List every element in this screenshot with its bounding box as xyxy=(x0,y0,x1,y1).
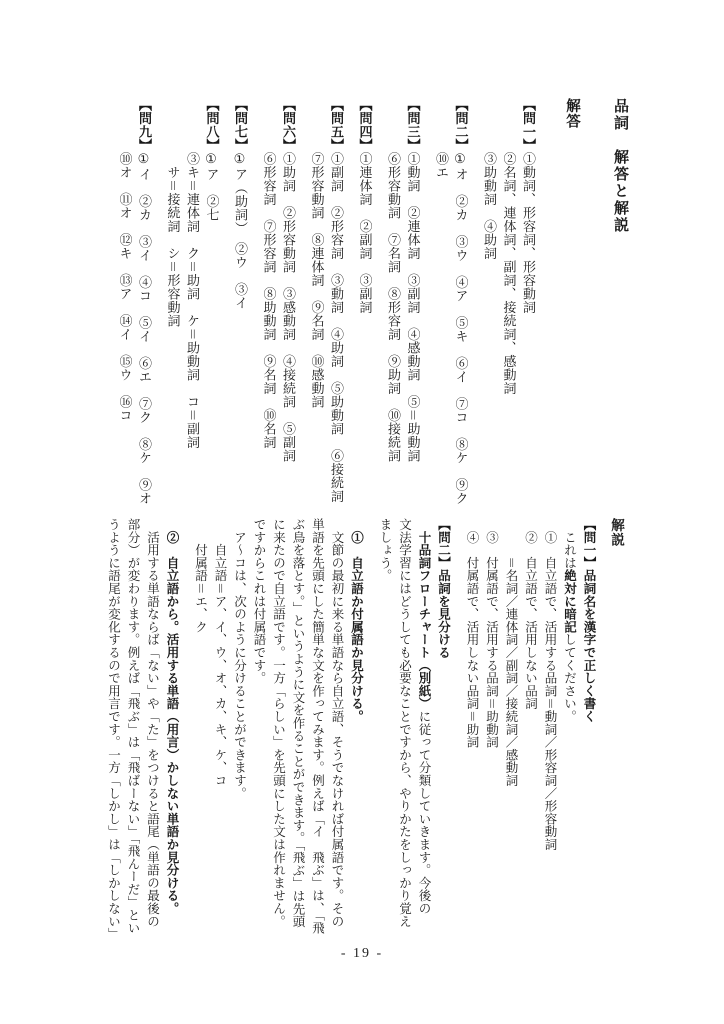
text-column: 活用する単語ならば「ない」や「た」をつけると語尾（単語の最後の xyxy=(142,518,162,942)
text-segment: ましょう。 xyxy=(378,518,392,582)
text-column: ② 自立語から。活用する単語（用言）かしない単語か見分ける。 xyxy=(162,518,182,942)
text-column: ① 自立語で、活用する品詞＝動詞／形容詞／形容動詞 xyxy=(540,518,560,942)
text-column: 文法学習にはどうしても必要なことですから、やりかたをしっかり覚え xyxy=(394,518,414,942)
text-segment: してください。 xyxy=(563,633,577,723)
text-segment: 文節の最初に来る単語なら自立語、そうでなければ付属語です。その xyxy=(330,518,344,928)
text-segment: に従って分類していきます。今後の xyxy=(417,710,431,915)
text-column: 【問八】①ア ②七 xyxy=(202,98,222,510)
text-column: 【問一】①動詞、形容詞、形容動詞 xyxy=(519,98,539,510)
text-segment: 品詞を見分ける xyxy=(437,569,451,659)
text-segment: 【問八】 xyxy=(205,98,220,152)
text-column: ③ 付属語で、活用する品詞＝助動詞 xyxy=(481,518,501,942)
text-segment: ⑥形容動詞 ⑦名詞 ⑧形容詞 ⑨助詞 ⑩接続詞 xyxy=(386,98,401,463)
text-segment: ①動詞、形容詞、形容動詞 xyxy=(521,152,536,314)
text-segment: 単語を先頭にした簡単な文を作ってみます。例えば「イ 飛ぶ」は、「飛 xyxy=(311,518,325,934)
text-column: 【問一】品詞名を漢字で正しく書く xyxy=(579,518,599,942)
text-segment: 絶対に暗記 xyxy=(563,569,577,633)
text-column: ① 自立語か付属語か見分ける。 xyxy=(346,518,366,942)
text-segment: 部分）が変わります。例えば「飛ぶ」は「飛ばーない」「飛んーだ」とい xyxy=(126,518,140,934)
text-segment: ①動詞 ②連体詞 ③副詞 ④感動詞 ⑤＝助動詞 xyxy=(406,152,421,463)
text-column: ②名詞、連体詞、副詞、接続詞、感動詞 xyxy=(499,98,519,510)
text-segment: ③キ＝連体詞 ク＝助詞 ケ＝助動詞 コ＝副詞 xyxy=(185,98,200,449)
text-column: 【問七】①ア（助詞） ②ウ ③イ xyxy=(231,98,251,510)
text-column: 十品詞フローチャート（別紙）に従って分類していきます。今後の xyxy=(414,518,434,942)
answer-problem-block: 【問九】①イ ②カ ③イ ④コ ⑤イ ⑥エ ⑦ク ⑧ケ ⑨オ ⑩オ ⑪オ ⑫キ … xyxy=(115,98,154,510)
text-segment: これは xyxy=(563,518,577,569)
text-column: 付属語＝エ、ク xyxy=(190,518,210,942)
text-segment: 付属語＝エ、ク xyxy=(194,518,208,633)
text-column: 【問六】①助詞 ②形容動詞 ③感動詞 ④接続詞 ⑤副詞 xyxy=(279,98,299,510)
text-segment: ③助動詞 ④助詞 xyxy=(482,98,497,260)
text-column: 【問四】①連体詞 ②副詞 ③副詞 xyxy=(355,98,375,510)
text-segment: 十品詞フローチャート（別紙） xyxy=(417,531,431,710)
text-column: これは絶対に暗記してください。 xyxy=(559,518,579,942)
text-column: 【問二】①オ ②カ ③ウ ④ア ⑤キ ⑥イ ⑦コ ⑧ケ ⑨ク xyxy=(451,98,471,510)
text-segment: 【問一】 xyxy=(582,518,596,569)
text-column: うように語尾が変化するので用言です。一方「しかし」は「しかしない」 xyxy=(103,518,123,942)
text-segment: 【問七】 xyxy=(233,98,248,152)
text-column: 単語を先頭にした簡単な文を作ってみます。例えば「イ 飛ぶ」は、「飛 xyxy=(307,518,327,942)
text-column: ③助動詞 ④助詞 xyxy=(480,98,500,510)
text-column: ⑥形容詞 ⑦形容詞 ⑧助動詞 ⑨名詞 ⑩名詞 xyxy=(259,98,279,510)
answer-problem-block: 【問四】①連体詞 ②副詞 ③副詞 xyxy=(355,98,375,510)
answers-section: 品詞 解答と解説 解答 【問一】①動詞、形容詞、形容動詞 ②名詞、連体詞、副詞、… xyxy=(106,98,632,510)
text-segment: サ＝接続詞 シ＝形容動詞 xyxy=(166,98,181,328)
text-segment: うように語尾が変化するので用言です。一方「しかし」は「しかしない」 xyxy=(107,518,121,940)
text-segment: に来たので自立語です。一方「らしい」を先頭にした文は作れません。 xyxy=(272,518,286,928)
answer-problem-block: 【問三】①動詞 ②連体詞 ③副詞 ④感動詞 ⑤＝助動詞 ⑥形容動詞 ⑦名詞 ⑧形… xyxy=(384,98,423,510)
answers-heading: 解答 xyxy=(562,98,582,510)
text-segment: ⑩オ ⑪オ ⑫キ ⑬ア ⑭イ ⑮ウ ⑯コ xyxy=(118,98,133,422)
text-column: ⑦形容動詞 ⑧連体詞 ⑨名詞 ⑩感動詞 xyxy=(307,98,327,510)
text-column: ア～コは、次のように分けることができます。 xyxy=(229,518,249,942)
answers-problem-list: 【問一】①動詞、形容詞、形容動詞 ②名詞、連体詞、副詞、接続詞、感動詞 ③助動詞… xyxy=(115,98,538,510)
text-segment: ①イ ②カ ③イ ④コ ⑤イ ⑥エ ⑦ク ⑧ケ ⑨オ xyxy=(137,152,152,505)
text-segment: ② 自立語で、活用しない品詞 xyxy=(524,518,538,710)
text-column: ③キ＝連体詞 ク＝助詞 ケ＝助動詞 コ＝副詞 xyxy=(183,98,203,510)
text-column: ですからこれは付属語です。 xyxy=(249,518,269,942)
text-segment: ぶ鳥を落とす。」というように文を作ることができます。「飛ぶ」は先頭 xyxy=(291,518,305,928)
text-column: ④ 付属語で、活用しない品詞＝助詞 xyxy=(462,518,482,942)
text-segment: ⑩エ xyxy=(434,98,449,179)
text-column: 部分）が変わります。例えば「飛ぶ」は「飛ばーない」「飛んーだ」とい xyxy=(123,518,143,942)
text-segment: 【問九】 xyxy=(137,98,152,152)
text-segment: 自立語＝ア、イ、ウ、オ、カ、キ、ケ、コ xyxy=(213,518,227,787)
text-segment: ①助詞 ②形容動詞 ③感動詞 ④接続詞 ⑤副詞 xyxy=(281,152,296,463)
text-segment: 【問五】 xyxy=(329,98,344,152)
text-column: サ＝接続詞 シ＝形容動詞 xyxy=(163,98,183,510)
text-segment xyxy=(165,518,179,531)
text-segment: 【問一】 xyxy=(521,98,536,152)
commentary-heading: 解説 xyxy=(606,518,626,942)
answer-problem-block: 【問六】①助詞 ②形容動詞 ③感動詞 ④接続詞 ⑤副詞 ⑥形容詞 ⑦形容詞 ⑧助… xyxy=(259,98,298,510)
text-segment: ①ア（助詞） ②ウ ③イ xyxy=(233,152,248,310)
text-column: ぶ鳥を落とす。」というように文を作ることができます。「飛ぶ」は先頭 xyxy=(288,518,308,942)
text-column: ＝名詞／連体詞／副詞／接続詞／感動詞 xyxy=(501,518,521,942)
text-segment: ①ア ②七 xyxy=(205,152,220,222)
text-segment xyxy=(417,518,431,531)
text-column: 文節の最初に来る単語なら自立語、そうでなければ付属語です。その xyxy=(327,518,347,942)
text-segment xyxy=(350,518,364,531)
text-column: 【問三】①動詞 ②連体詞 ③副詞 ④感動詞 ⑤＝助動詞 xyxy=(403,98,423,510)
text-segment: 【問二】 xyxy=(454,98,469,152)
commentary-text: 【問一】品詞名を漢字で正しく書く これは絶対に暗記してください。 ① 自立語で、… xyxy=(103,518,598,942)
text-segment: 【問六】 xyxy=(281,98,296,152)
text-segment: 文法学習にはどうしても必要なことですから、やりかたをしっかり覚え xyxy=(398,518,412,928)
text-column: ⑥形容動詞 ⑦名詞 ⑧形容詞 ⑨助詞 ⑩接続詞 xyxy=(384,98,404,510)
text-column: 【問二】品詞を見分ける xyxy=(433,518,453,942)
text-segment: ①副詞 ②形容詞 ③動詞 ④助詞 ⑤助動詞 ⑥接続詞 xyxy=(329,152,344,503)
text-segment: ②名詞、連体詞、副詞、接続詞、感動詞 xyxy=(502,98,517,395)
text-segment: ④ 付属語で、活用しない品詞＝助詞 xyxy=(465,518,479,748)
page-title: 品詞 解答と解説 xyxy=(608,98,632,510)
text-column: 自立語＝ア、イ、ウ、オ、カ、キ、ケ、コ xyxy=(210,518,230,942)
text-segment: ② 自立語から。活用する単語（用言）かしない単語か見分ける。 xyxy=(165,531,179,915)
text-segment: ① 自立語で、活用する品詞＝動詞／形容詞／形容動詞 xyxy=(543,518,557,851)
text-column: ましょう。 xyxy=(375,518,395,942)
text-segment: 品詞名を漢字で正しく書く xyxy=(582,569,596,723)
text-segment: ですからこれは付属語です。 xyxy=(252,518,266,684)
text-segment: 【問四】 xyxy=(358,98,373,152)
text-segment: ①連体詞 ②副詞 ③副詞 xyxy=(358,152,373,314)
text-segment: ア～コは、次のように分けることができます。 xyxy=(233,518,247,800)
text-segment: 活用する単語ならば「ない」や「た」をつけると語尾（単語の最後の xyxy=(146,518,160,928)
text-column: ⑩オ ⑪オ ⑫キ ⑬ア ⑭イ ⑮ウ ⑯コ xyxy=(115,98,135,510)
text-segment: ＝名詞／連体詞／副詞／接続詞／感動詞 xyxy=(504,518,518,787)
text-column: ⑩エ xyxy=(432,98,452,510)
text-segment: 【問二】 xyxy=(437,518,451,569)
page-number: - 19 - xyxy=(0,946,724,962)
text-segment: 【問三】 xyxy=(406,98,421,152)
answer-problem-block: 【問八】①ア ②七 ③キ＝連体詞 ク＝助詞 ケ＝助動詞 コ＝副詞 サ＝接続詞 シ… xyxy=(163,98,222,510)
document-page: { "title": "品詞 解答と解説", "page_number": "-… xyxy=(0,0,724,1024)
text-column: ② 自立語で、活用しない品詞 xyxy=(520,518,540,942)
answer-problem-block: 【問二】①オ ②カ ③ウ ④ア ⑤キ ⑥イ ⑦コ ⑧ケ ⑨ク ⑩エ xyxy=(432,98,471,510)
commentary-section: 解説 【問一】品詞名を漢字で正しく書く これは絶対に暗記してください。 ① 自立… xyxy=(103,518,626,942)
answer-problem-block: 【問五】①副詞 ②形容詞 ③動詞 ④助詞 ⑤助動詞 ⑥接続詞 ⑦形容動詞 ⑧連体… xyxy=(307,98,346,510)
text-segment: ⑦形容動詞 ⑧連体詞 ⑨名詞 ⑩感動詞 xyxy=(310,98,325,409)
answer-problem-block: 【問七】①ア（助詞） ②ウ ③イ xyxy=(231,98,251,510)
text-segment: ③ 付属語で、活用する品詞＝助動詞 xyxy=(485,518,499,748)
text-segment: ⑥形容詞 ⑦形容詞 ⑧助動詞 ⑨名詞 ⑩名詞 xyxy=(262,98,277,449)
text-column: に来たので自立語です。一方「らしい」を先頭にした文は作れません。 xyxy=(268,518,288,942)
text-segment: ① 自立語か付属語か見分ける。 xyxy=(350,531,364,723)
text-column: 【問九】①イ ②カ ③イ ④コ ⑤イ ⑥エ ⑦ク ⑧ケ ⑨オ xyxy=(135,98,155,510)
answer-problem-block: 【問一】①動詞、形容詞、形容動詞 ②名詞、連体詞、副詞、接続詞、感動詞 ③助動詞… xyxy=(480,98,539,510)
text-column: 【問五】①副詞 ②形容詞 ③動詞 ④助詞 ⑤助動詞 ⑥接続詞 xyxy=(327,98,347,510)
text-segment: ①オ ②カ ③ウ ④ア ⑤キ ⑥イ ⑦コ ⑧ケ ⑨ク xyxy=(454,152,469,505)
